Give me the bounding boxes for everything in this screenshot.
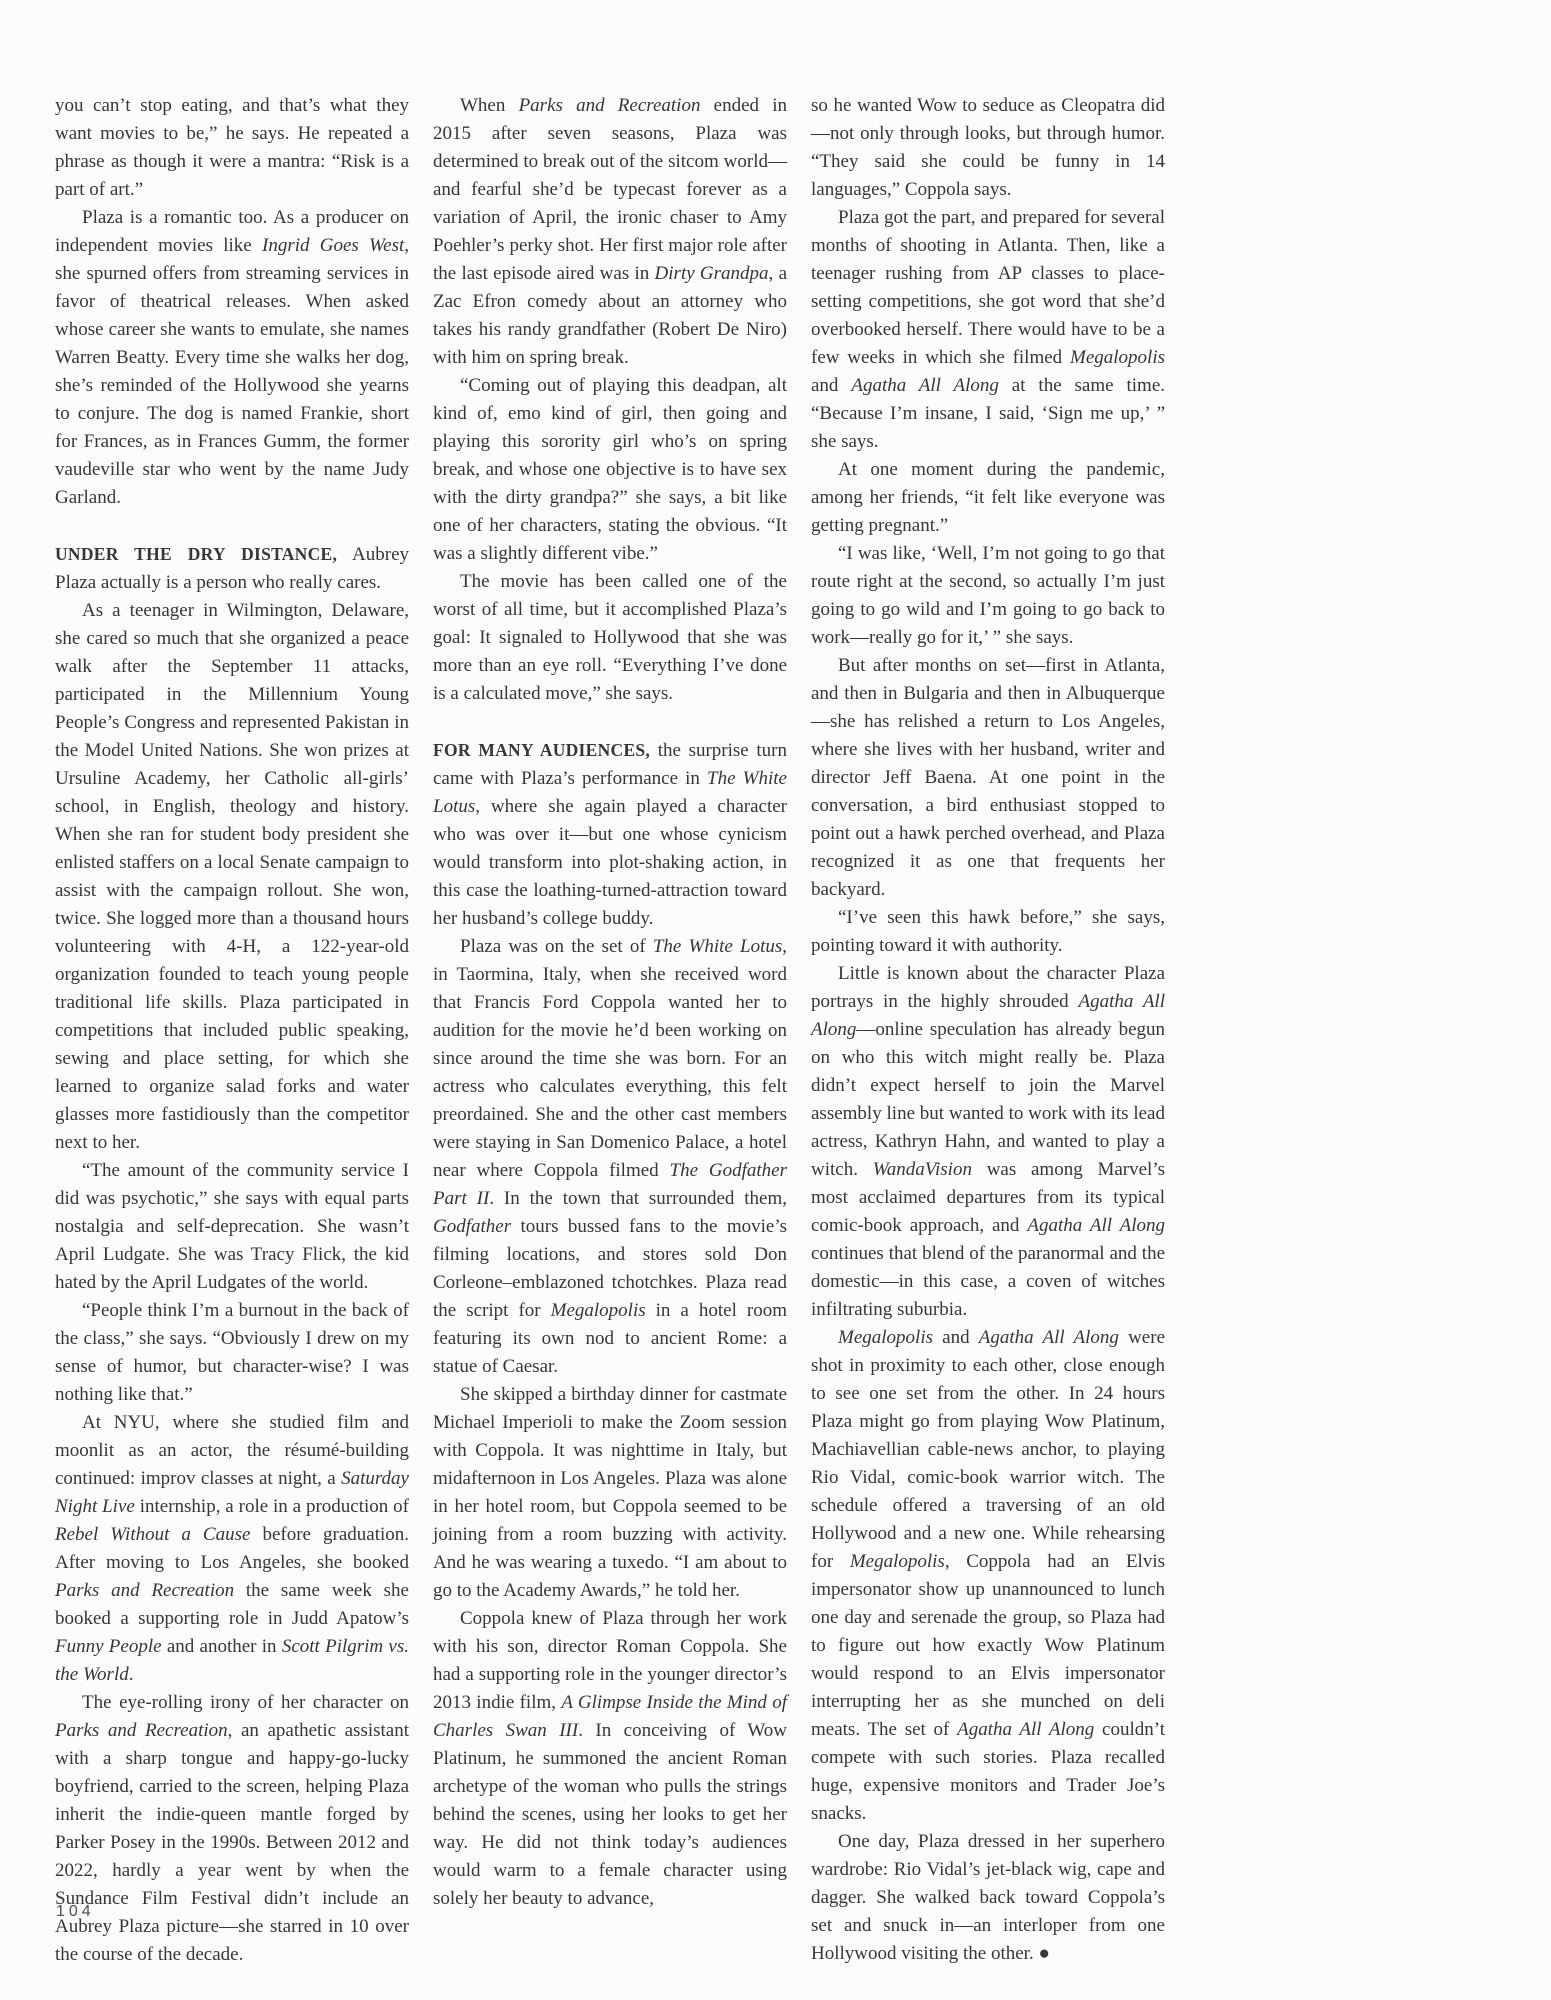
paragraph: “The amount of the community service I d… [55, 1157, 409, 1297]
body-text: . In conceiving of Wow Platinum, he summ… [433, 1720, 787, 1909]
text-column: so he wanted Wow to seduce as Cleopatra … [811, 92, 1165, 1969]
body-text: As a teenager in Wilmington, Delaware, s… [55, 600, 409, 1153]
italic-title-text: Rebel Without a Cause [55, 1524, 250, 1545]
italic-title-text: Parks and Recreation [519, 95, 701, 116]
paragraph: Megalopolis and Agatha All Along were sh… [811, 1324, 1165, 1828]
body-text: ended in 2015 after seven seasons, Plaza… [433, 95, 787, 284]
body-text: so he wanted Wow to seduce as Cleopatra … [811, 95, 1165, 200]
body-text: The eye-rolling irony of her character o… [82, 1692, 409, 1713]
italic-title-text: The White Lotus [653, 936, 782, 957]
body-text: , an apathetic assistant with a sharp to… [55, 1720, 409, 1965]
italic-title-text: Dirty Grandpa [655, 263, 769, 284]
body-text: “Coming out of playing this deadpan, alt… [433, 375, 787, 564]
paragraph: Coppola knew of Plaza through her work w… [433, 1605, 787, 1913]
paragraph: But after months on set—first in Atlanta… [811, 652, 1165, 904]
paragraph: The movie has been called one of the wor… [433, 568, 787, 708]
paragraph: At one moment during the pandemic, among… [811, 456, 1165, 540]
body-text: internship, a role in a production of [135, 1496, 409, 1517]
body-text: and [933, 1327, 979, 1348]
italic-title-text: Ingrid Goes West [262, 235, 404, 256]
text-column: you can’t stop eating, and that’s what t… [55, 92, 409, 1969]
body-text: “People think I’m a burnout in the back … [55, 1300, 409, 1405]
body-text: The movie has been called one of the wor… [433, 571, 787, 704]
paragraph: Plaza got the part, and prepared for sev… [811, 204, 1165, 456]
body-text: ● [1038, 1943, 1049, 1964]
italic-title-text: Funny People [55, 1636, 162, 1657]
text-column: When Parks and Recreation ended in 2015 … [433, 92, 787, 1969]
paragraph: so he wanted Wow to seduce as Cleopatra … [811, 92, 1165, 204]
body-text: . [129, 1664, 134, 1685]
body-text: “I was like, ‘Well, I’m not going to go … [811, 543, 1165, 648]
body-text: and [811, 375, 851, 396]
paragraph: “People think I’m a burnout in the back … [55, 1297, 409, 1409]
body-text: Plaza got the part, and prepared for sev… [811, 207, 1165, 368]
body-text: , Coppola had an Elvis impersonator show… [811, 1551, 1165, 1740]
italic-title-text: Parks and Recreation [55, 1720, 228, 1741]
page-number: 104 [56, 1903, 95, 1921]
body-text: , she spurned offers from streaming serv… [55, 235, 409, 508]
body-text: and another in [162, 1636, 282, 1657]
body-text: continues that blend of the paranormal a… [811, 1243, 1165, 1320]
paragraph: When Parks and Recreation ended in 2015 … [433, 92, 787, 372]
article-body: you can’t stop eating, and that’s what t… [55, 92, 1165, 1969]
body-text: “The amount of the community service I d… [55, 1160, 409, 1293]
body-text: But after months on set—first in Atlanta… [811, 655, 1165, 900]
body-text: , in Taormina, Italy, when she received … [433, 936, 787, 1181]
magazine-page: you can’t stop eating, and that’s what t… [0, 0, 1551, 2000]
italic-title-text: Agatha All Along [957, 1719, 1094, 1740]
paragraph: At NYU, where she studied film and moonl… [55, 1409, 409, 1689]
section-paragraph: FOR MANY AUDIENCES, the surprise turn ca… [433, 736, 787, 933]
body-text: She skipped a birthday dinner for castma… [433, 1384, 787, 1601]
paragraph: you can’t stop eating, and that’s what t… [55, 92, 409, 204]
body-text: One day, Plaza dressed in her superhero … [811, 1831, 1165, 1964]
body-text: , where she again played a character who… [433, 796, 787, 929]
body-text: were shot in proximity to each other, cl… [811, 1327, 1165, 1572]
body-text: Plaza was on the set of [460, 936, 653, 957]
paragraph: The eye-rolling irony of her character o… [55, 1689, 409, 1969]
body-text: At one moment during the pandemic, among… [811, 459, 1165, 536]
body-text: you can’t stop eating, and that’s what t… [55, 95, 409, 200]
body-text: . In the town that surrounded them, [489, 1188, 787, 1209]
italic-title-text: Megalopolis [850, 1551, 945, 1572]
italic-title-text: Parks and Recreation [55, 1580, 234, 1601]
paragraph: One day, Plaza dressed in her superhero … [811, 1828, 1165, 1968]
italic-title-text: Agatha All Along [851, 375, 999, 396]
paragraph: As a teenager in Wilmington, Delaware, s… [55, 597, 409, 1157]
paragraph: She skipped a birthday dinner for castma… [433, 1381, 787, 1605]
paragraph: Plaza was on the set of The White Lotus,… [433, 933, 787, 1381]
section-paragraph: UNDER THE DRY DISTANCE, Aubrey Plaza act… [55, 540, 409, 597]
section-lead-text: FOR MANY AUDIENCES, [433, 740, 650, 760]
paragraph: “I’ve seen this hawk before,” she says, … [811, 904, 1165, 960]
paragraph: “Coming out of playing this deadpan, alt… [433, 372, 787, 568]
body-text: “I’ve seen this hawk before,” she says, … [811, 907, 1165, 956]
paragraph: Plaza is a romantic too. As a producer o… [55, 204, 409, 512]
italic-title-text: Agatha All Along [1027, 1215, 1165, 1236]
body-text: —online speculation has already begun on… [811, 1019, 1165, 1180]
italic-title-text: Megalopolis [1070, 347, 1165, 368]
italic-title-text: Agatha All Along [979, 1327, 1119, 1348]
section-lead-text: UNDER THE DRY DISTANCE, [55, 544, 337, 564]
italic-title-text: Megalopolis [551, 1300, 646, 1321]
italic-title-text: WandaVision [873, 1159, 972, 1180]
italic-title-text: Godfather [433, 1216, 511, 1237]
paragraph: “I was like, ‘Well, I’m not going to go … [811, 540, 1165, 652]
paragraph: Little is known about the character Plaz… [811, 960, 1165, 1324]
italic-title-text: Megalopolis [838, 1327, 933, 1348]
body-text: When [460, 95, 519, 116]
